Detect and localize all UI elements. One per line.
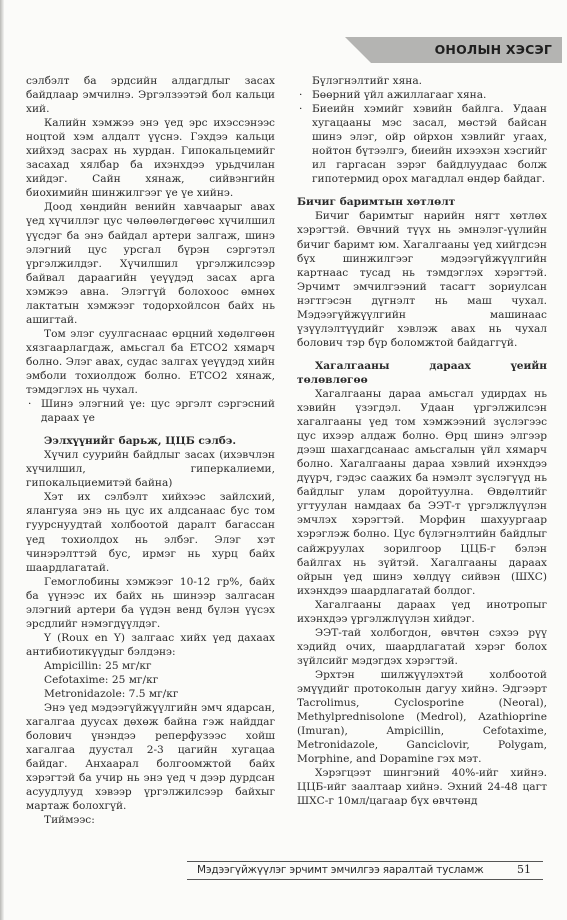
paragraph: сэлбэлт ба эрдсийн алдагдлыг засах байдл…: [26, 74, 275, 116]
drug-dose-line: Metronidazole: 7.5 мг/кг: [26, 687, 275, 701]
left-column: сэлбэлт ба эрдсийн алдагдлыг засах байдл…: [26, 74, 275, 827]
paragraph: Хэрэгцээт шингэний 40%-ийг хийнэ. ЦЦБ-ий…: [297, 766, 547, 808]
list-continuation: Бүлэгнэлтийг хяна.: [297, 74, 547, 88]
paragraph: Хэт их сэлбэлт хийхээс зайлсхий, ялангуя…: [26, 490, 275, 574]
paragraph: Хагалгааны дараах үед инотропыг ихэнхдээ…: [297, 598, 547, 626]
paragraph: Калийн хэмжээ энэ үед эрс ихэссэнээс ноц…: [26, 116, 275, 200]
drug-dose-line: Ampicillin: 25 мг/кг: [26, 659, 275, 673]
paragraph: ЭЭТ-тай холбогдон, өвчтөн сэхээ рүү хэди…: [297, 626, 547, 668]
bullet-item: Бөөрний үйл ажиллагааг хяна.: [297, 88, 547, 102]
paragraph: Доод хөндийн венийн хавчаарыг авах үед х…: [26, 200, 275, 326]
page-footer: Мэдээгүйжүүлэг эрчимт эмчилгээ яаралтай …: [187, 861, 543, 880]
paragraph: Энэ үед мэдээгүйжүүлгийн эмч ядарсан, ха…: [26, 701, 275, 813]
paragraph: Y (Roux en Y) залгаас хийх үед дахаах ан…: [26, 631, 275, 659]
paragraph: Тиймээс:: [26, 813, 275, 827]
book-title: Мэдээгүйжүүлэг эрчимт эмчилгээ яаралтай …: [197, 864, 484, 876]
paragraph: Хагалгааны дараа амьсгал удирдах нь хэви…: [297, 387, 547, 598]
drug-dose-line: Cefotaxime: 25 мг/кг: [26, 673, 275, 687]
section-label: ОНОЛЫН ХЭСЭГ: [435, 42, 552, 57]
bullet-item: Биеийн хэмийг хэвийн байлга. Удаан хугац…: [297, 102, 547, 186]
page-number: 51: [517, 863, 531, 876]
paragraph: Хүчил суурийн байдлыг засах (ихэвчлэн хү…: [26, 448, 275, 490]
section-heading: Бичиг баримтын хөтлөлт: [297, 195, 547, 209]
bullet-item: Шинэ элэгний үе: цус эргэлт сэргэсний да…: [26, 397, 275, 425]
paragraph: Гемоглобины хэмжээг 10-12 гр%, байх ба ү…: [26, 575, 275, 631]
section-header-tab: ОНОЛЫН ХЭСЭГ: [345, 37, 562, 63]
section-heading: Хагалгааны дараах үеийн төлөвлөгөө: [297, 359, 547, 387]
paragraph: Том элэг суулгаснаас өрцний хөдөлгөөн хя…: [26, 327, 275, 397]
right-column: Бүлэгнэлтийг хяна. Бөөрний үйл ажиллагаа…: [297, 74, 547, 808]
paragraph: Эрхтэн шилжүүлэхтэй холбоотой эмүүдийг п…: [297, 668, 547, 766]
paragraph: Бичиг баримтыг нарийн нягт хөтлөх хэрэгт…: [297, 209, 547, 349]
section-heading: Ээлхүүнийг барьж, ЦЦБ сэлбэ.: [26, 434, 275, 448]
page-edge-shadow: [0, 0, 4, 920]
